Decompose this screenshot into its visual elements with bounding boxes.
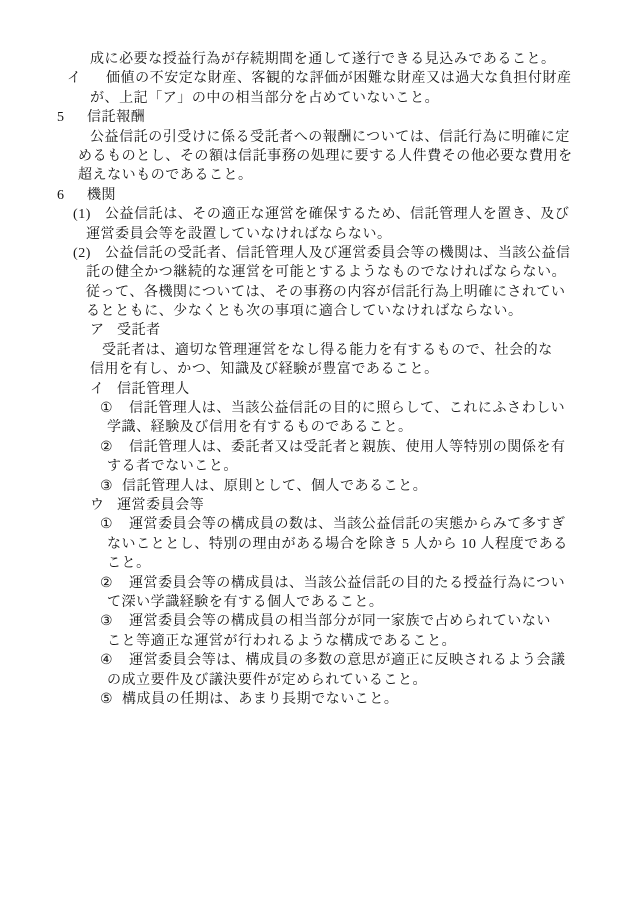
- line-marker: ⑤: [100, 690, 122, 709]
- line-text: 運営委員会等は、構成員の多数の意思が適正に反映されるよう会議: [129, 651, 566, 670]
- text-line: が、上記「ア」の中の相当部分を占めていないこと。: [0, 89, 630, 108]
- line-text: 機関: [87, 186, 116, 205]
- line-text: ないこととし、特別の理由がある場合を除き 5 人から 10 人程度である: [107, 535, 568, 554]
- line-marker: (1): [73, 205, 105, 224]
- text-line: の成立要件及び議決要件が定められていること。: [0, 671, 630, 690]
- text-line: する者でないこと。: [0, 457, 630, 476]
- line-marker: ①: [100, 399, 129, 418]
- line-text: 超えないものであること。: [78, 166, 253, 185]
- text-line: ウ運営委員会等: [0, 496, 630, 515]
- line-text: 従って、各機関については、その事務の内容が信託行為上明確にされてい: [86, 283, 566, 302]
- document-text-body: 成に必要な授益行為が存続期間を通して遂行できる見込みであること。イ価値の不安定な…: [0, 50, 630, 709]
- line-marker: ②: [100, 574, 129, 593]
- line-text: こと等適正な運営が行われるような構成であること。: [107, 632, 456, 651]
- line-text: て深い学識経験を有する個人であること。: [107, 593, 383, 612]
- text-line: 公益信託の引受けに係る受託者への報酬については、信託行為に明確に定: [0, 128, 630, 147]
- line-text: 運営委員会等の構成員の相当部分が同一家族で占められていない: [129, 612, 551, 631]
- line-text: 構成員の任期は、あまり長期でないこと。: [122, 690, 398, 709]
- line-text: 託の健全かつ継続的な運営を可能とするようなものでなければならない。: [86, 263, 566, 282]
- line-text: 運営委員会等: [117, 496, 204, 515]
- text-line: ア受託者: [0, 321, 630, 340]
- text-line: こと。: [0, 554, 630, 573]
- text-line: 5信託報酬: [0, 108, 630, 127]
- text-line: ②信託管理人は、委託者又は受託者と親族、使用人等特別の関係を有: [0, 438, 630, 457]
- line-text: 信用を有し、かつ、知識及び経験が豊富であること。: [90, 360, 439, 379]
- text-line: イ信託管理人: [0, 380, 630, 399]
- line-marker: ③: [100, 612, 129, 631]
- line-text: が、上記「ア」の中の相当部分を占めていないこと。: [90, 89, 439, 108]
- line-text: 運営委員会等を設置していなければならない。: [86, 225, 392, 244]
- text-line: て深い学識経験を有する個人であること。: [0, 593, 630, 612]
- line-marker: ①: [100, 515, 129, 534]
- text-line: ⑤構成員の任期は、あまり長期でないこと。: [0, 690, 630, 709]
- text-line: 超えないものであること。: [0, 166, 630, 185]
- line-marker: (2): [73, 244, 105, 263]
- line-text: るとともに、少なくとも次の事項に適合していなければならない。: [86, 302, 523, 321]
- text-line: ③信託管理人は、原則として、個人であること。: [0, 477, 630, 496]
- line-marker: 5: [57, 108, 87, 127]
- line-text: 公益信託は、その適正な運営を確保するため、信託管理人を置き、及び: [105, 205, 569, 224]
- line-marker: ③: [100, 477, 122, 496]
- text-line: 運営委員会等を設置していなければならない。: [0, 225, 630, 244]
- line-text: 成に必要な授益行為が存続期間を通して遂行できる見込みであること。: [90, 50, 556, 69]
- line-text: 受託者は、適切な管理運営をなし得る能力を有するもので、社会的な: [102, 341, 553, 360]
- text-line: 信用を有し、かつ、知識及び経験が豊富であること。: [0, 360, 630, 379]
- line-marker: ア: [90, 321, 117, 340]
- line-marker: イ: [67, 69, 106, 88]
- line-text: 運営委員会等の構成員の数は、当該公益信託の実態からみて多すぎ: [129, 515, 566, 534]
- text-line: ④運営委員会等は、構成員の多数の意思が適正に反映されるよう会議: [0, 651, 630, 670]
- text-line: 学識、経験及び信用を有するものであること。: [0, 418, 630, 437]
- text-line: 従って、各機関については、その事務の内容が信託行為上明確にされてい: [0, 283, 630, 302]
- line-text: する者でないこと。: [107, 457, 238, 476]
- document-page: 成に必要な授益行為が存続期間を通して遂行できる見込みであること。イ価値の不安定な…: [0, 0, 630, 903]
- line-text: 価値の不安定な財産、客観的な評価が困難な財産又は過大な負担付財産: [106, 69, 572, 88]
- text-line: ①信託管理人は、当該公益信託の目的に照らして、これにふさわしい: [0, 399, 630, 418]
- line-text: 公益信託の引受けに係る受託者への報酬については、信託行為に明確に定: [90, 128, 570, 147]
- text-line: ないこととし、特別の理由がある場合を除き 5 人から 10 人程度である: [0, 535, 630, 554]
- line-marker: 6: [57, 186, 87, 205]
- line-text: 学識、経験及び信用を有するものであること。: [107, 418, 413, 437]
- text-line: るとともに、少なくとも次の事項に適合していなければならない。: [0, 302, 630, 321]
- text-line: 託の健全かつ継続的な運営を可能とするようなものでなければならない。: [0, 263, 630, 282]
- text-line: ①運営委員会等の構成員の数は、当該公益信託の実態からみて多すぎ: [0, 515, 630, 534]
- line-text: めるものとし、その額は信託事務の処理に要する人件費その他必要な費用を: [78, 147, 573, 166]
- text-line: (2)公益信託の受託者、信託管理人及び運営委員会等の機関は、当該公益信: [0, 244, 630, 263]
- text-line: ③運営委員会等の構成員の相当部分が同一家族で占められていない: [0, 612, 630, 631]
- text-line: イ価値の不安定な財産、客観的な評価が困難な財産又は過大な負担付財産: [0, 69, 630, 88]
- line-text: 信託管理人は、当該公益信託の目的に照らして、これにふさわしい: [129, 399, 565, 418]
- line-text: 公益信託の受託者、信託管理人及び運営委員会等の機関は、当該公益信: [105, 244, 571, 263]
- line-marker: ウ: [90, 496, 117, 515]
- text-line: 成に必要な授益行為が存続期間を通して遂行できる見込みであること。: [0, 50, 630, 69]
- line-text: こと。: [107, 554, 151, 573]
- line-marker: ②: [100, 438, 129, 457]
- text-line: (1)公益信託は、その適正な運営を確保するため、信託管理人を置き、及び: [0, 205, 630, 224]
- text-line: 受託者は、適切な管理運営をなし得る能力を有するもので、社会的な: [0, 341, 630, 360]
- text-line: 6機関: [0, 186, 630, 205]
- line-text: 信託管理人は、原則として、個人であること。: [122, 477, 427, 496]
- line-marker: ④: [100, 651, 129, 670]
- line-text: 信託報酬: [87, 108, 145, 127]
- line-text: 信託管理人: [117, 380, 190, 399]
- line-text: 受託者: [117, 321, 161, 340]
- text-line: ②運営委員会等の構成員は、当該公益信託の目的たる授益行為につい: [0, 574, 630, 593]
- line-text: の成立要件及び議決要件が定められていること。: [107, 671, 427, 690]
- line-text: 信託管理人は、委託者又は受託者と親族、使用人等特別の関係を有: [129, 438, 566, 457]
- line-marker: イ: [90, 380, 117, 399]
- line-text: 運営委員会等の構成員は、当該公益信託の目的たる授益行為につい: [129, 574, 565, 593]
- text-line: めるものとし、その額は信託事務の処理に要する人件費その他必要な費用を: [0, 147, 630, 166]
- text-line: こと等適正な運営が行われるような構成であること。: [0, 632, 630, 651]
